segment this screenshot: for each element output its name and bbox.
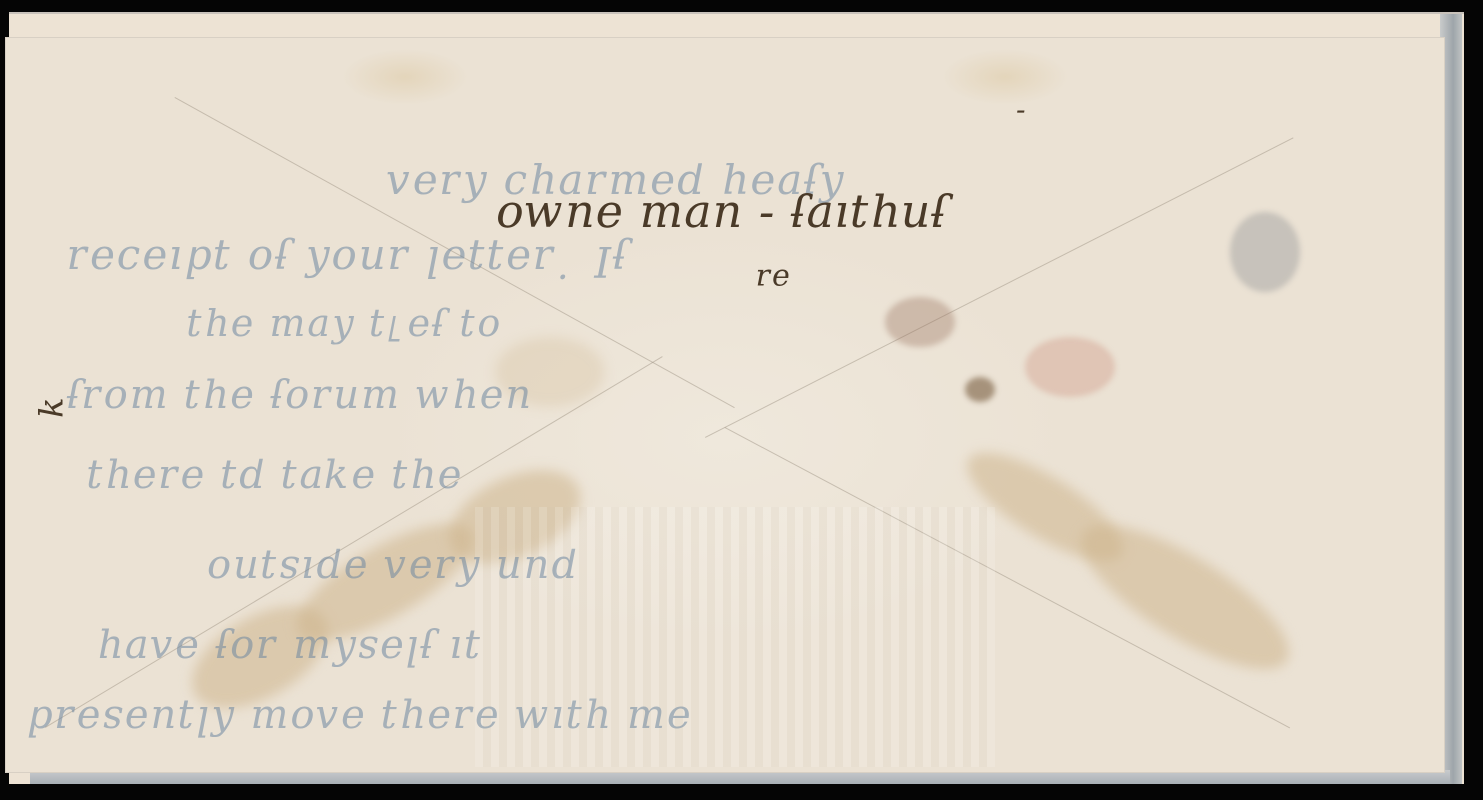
handwriting-pencil: ǝɯ ɥʇıʍ ǝɹǝɥʇ ǝʌoɯ ʎlʇuǝsǝɹd xyxy=(25,697,691,743)
postmark-blot xyxy=(1025,337,1115,397)
envelope-back: ʎɟɐǝɥ pǝɯɹɐɥɔ ʎɹǝʌ ɟI ˙ɹǝʇʇǝl ɹnoʎ ɟo ʇd… xyxy=(5,37,1445,773)
handwriting-ink: ʞ xyxy=(36,396,76,418)
glue-stain xyxy=(1062,499,1308,694)
photo-frame: ʎɟɐǝɥ pǝɯɹɐɥɔ ʎɹǝʌ ɟI ˙ɹǝʇʇǝl ɹnoʎ ɟo ʇd… xyxy=(0,0,1483,800)
postmark-blot xyxy=(885,297,955,347)
postmark-blot xyxy=(1230,212,1300,292)
handwriting-pencil: ǝɥʇ ǝʞɐʇ pʇ ǝɹǝɥʇ xyxy=(85,457,461,503)
handwriting-pencil: pun ʎɹǝʌ ǝpısʇno xyxy=(205,547,577,593)
handwriting-ink: ɟnɥʇıɐɟ - uɐɯ ǝuʍo xyxy=(495,192,946,246)
handwriting-pencil: uǝɥʍ ɯnɹoɟ ǝɥʇ ɯoɹɟ xyxy=(65,377,531,423)
handwriting-ink: ǝɹ xyxy=(755,262,790,297)
postmark-blot xyxy=(965,377,995,402)
handwriting-pencil: ʇı ɟlǝsʎɯ ɹoɟ ǝʌɐɥ xyxy=(95,627,481,673)
handwriting-pencil: oʇ ɟǝ˥ʇ ʎɐɯ ǝɥʇ xyxy=(185,307,500,351)
handwriting-ink: - xyxy=(1015,97,1025,130)
